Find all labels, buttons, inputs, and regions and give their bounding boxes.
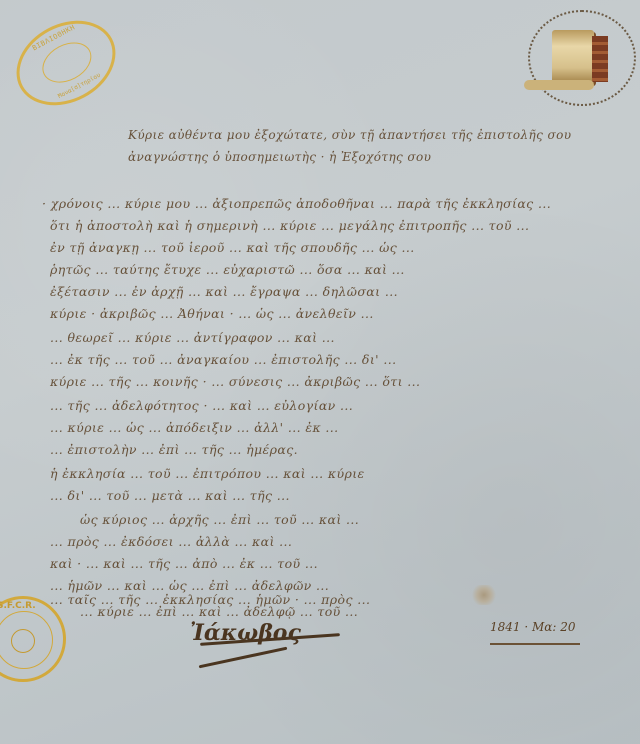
body-line: ... ἐκ τῆς ... τοῦ ... ἀναγκαίου ... ἐπι… [50,352,396,367]
crown-crest-icon [11,629,35,653]
body-line: ἐν τῇ ἀναγκῃ ... τοῦ ἱεροῦ ... καὶ τῆς σ… [50,240,415,255]
date-underline [490,643,580,645]
letter-date: 1841 · Μα: 20 [490,620,576,634]
archive-scroll-logo [516,6,640,106]
body-line: ... κύριε ... ἐπὶ ... καὶ ... ἀδελφῷ ...… [80,604,358,619]
unrolled-scroll-icon [524,80,594,90]
body-line: ὡς κύριος ... ἀρχῆς ... ἐπὶ ... τοῦ ... … [80,512,359,527]
seal-text: S.F.C.R. [0,601,36,611]
body-line: ... ἡμῶν ... καὶ ... ὡς ... ἐπὶ ... ἀδελ… [50,578,329,593]
body-line: ... τῆς ... ἀδελφότητος · ... καὶ ... εὐ… [50,398,353,413]
heading-line-1: Κύριε αὐθέντα μου ἐξοχώτατε, σὺν τῇ ἀπαν… [128,128,571,142]
body-line: κύριε · ἀκριβῶς ... Ἀθήναι · ... ὡς ... … [50,306,374,321]
body-line: ... δι' ... τοῦ ... μετὰ ... καὶ ... τῆς… [50,488,290,503]
body-line: · χρόνοις ... κύριε μου ... ἀξιοπρεπῶς ἀ… [42,196,551,211]
body-line: ὅτι ἡ ἀποστολὴ καὶ ἡ σημερινὴ ... κύριε … [50,218,529,233]
body-line: κύριε ... τῆς ... κοινῆς · ... σύνεσις .… [50,374,420,389]
books-icon [592,36,608,82]
body-line: ... θεωρεῖ ... κύριε ... ἀντίγραφον ... … [50,330,335,345]
body-line: ἡ ἐκκλησία ... τοῦ ... ἐπιτρόπου ... καὶ… [50,466,365,481]
heading-line-2: ἀναγνώστης ὁ ὑποσημειωτὴς · ἡ Ἐξοχότης σ… [128,150,431,164]
body-line: ... ἐπιστολὴν ... ἐπὶ ... τῆς ... ἡμέρας… [50,442,298,457]
body-line: ... πρὸς ... ἐκδόσει ... ἀλλὰ ... καὶ ..… [50,534,292,549]
body-line: ... κύριε ... ὡς ... ἀπόδειξιν ... ἀλλ' … [50,420,339,435]
body-line: καὶ · ... καὶ ... τῆς ... ἀπὸ ... ἐκ ...… [50,556,318,571]
scroll-icon [552,30,594,84]
body-line: ἐξέτασιν ... ἐν ἀρχῇ ... καὶ ... ἔγραψα … [50,284,398,299]
paper-stain [470,585,498,605]
body-line: ῥητῶς ... ταύτης ἔτυχε ... εὐχαριστῶ ...… [50,262,405,277]
